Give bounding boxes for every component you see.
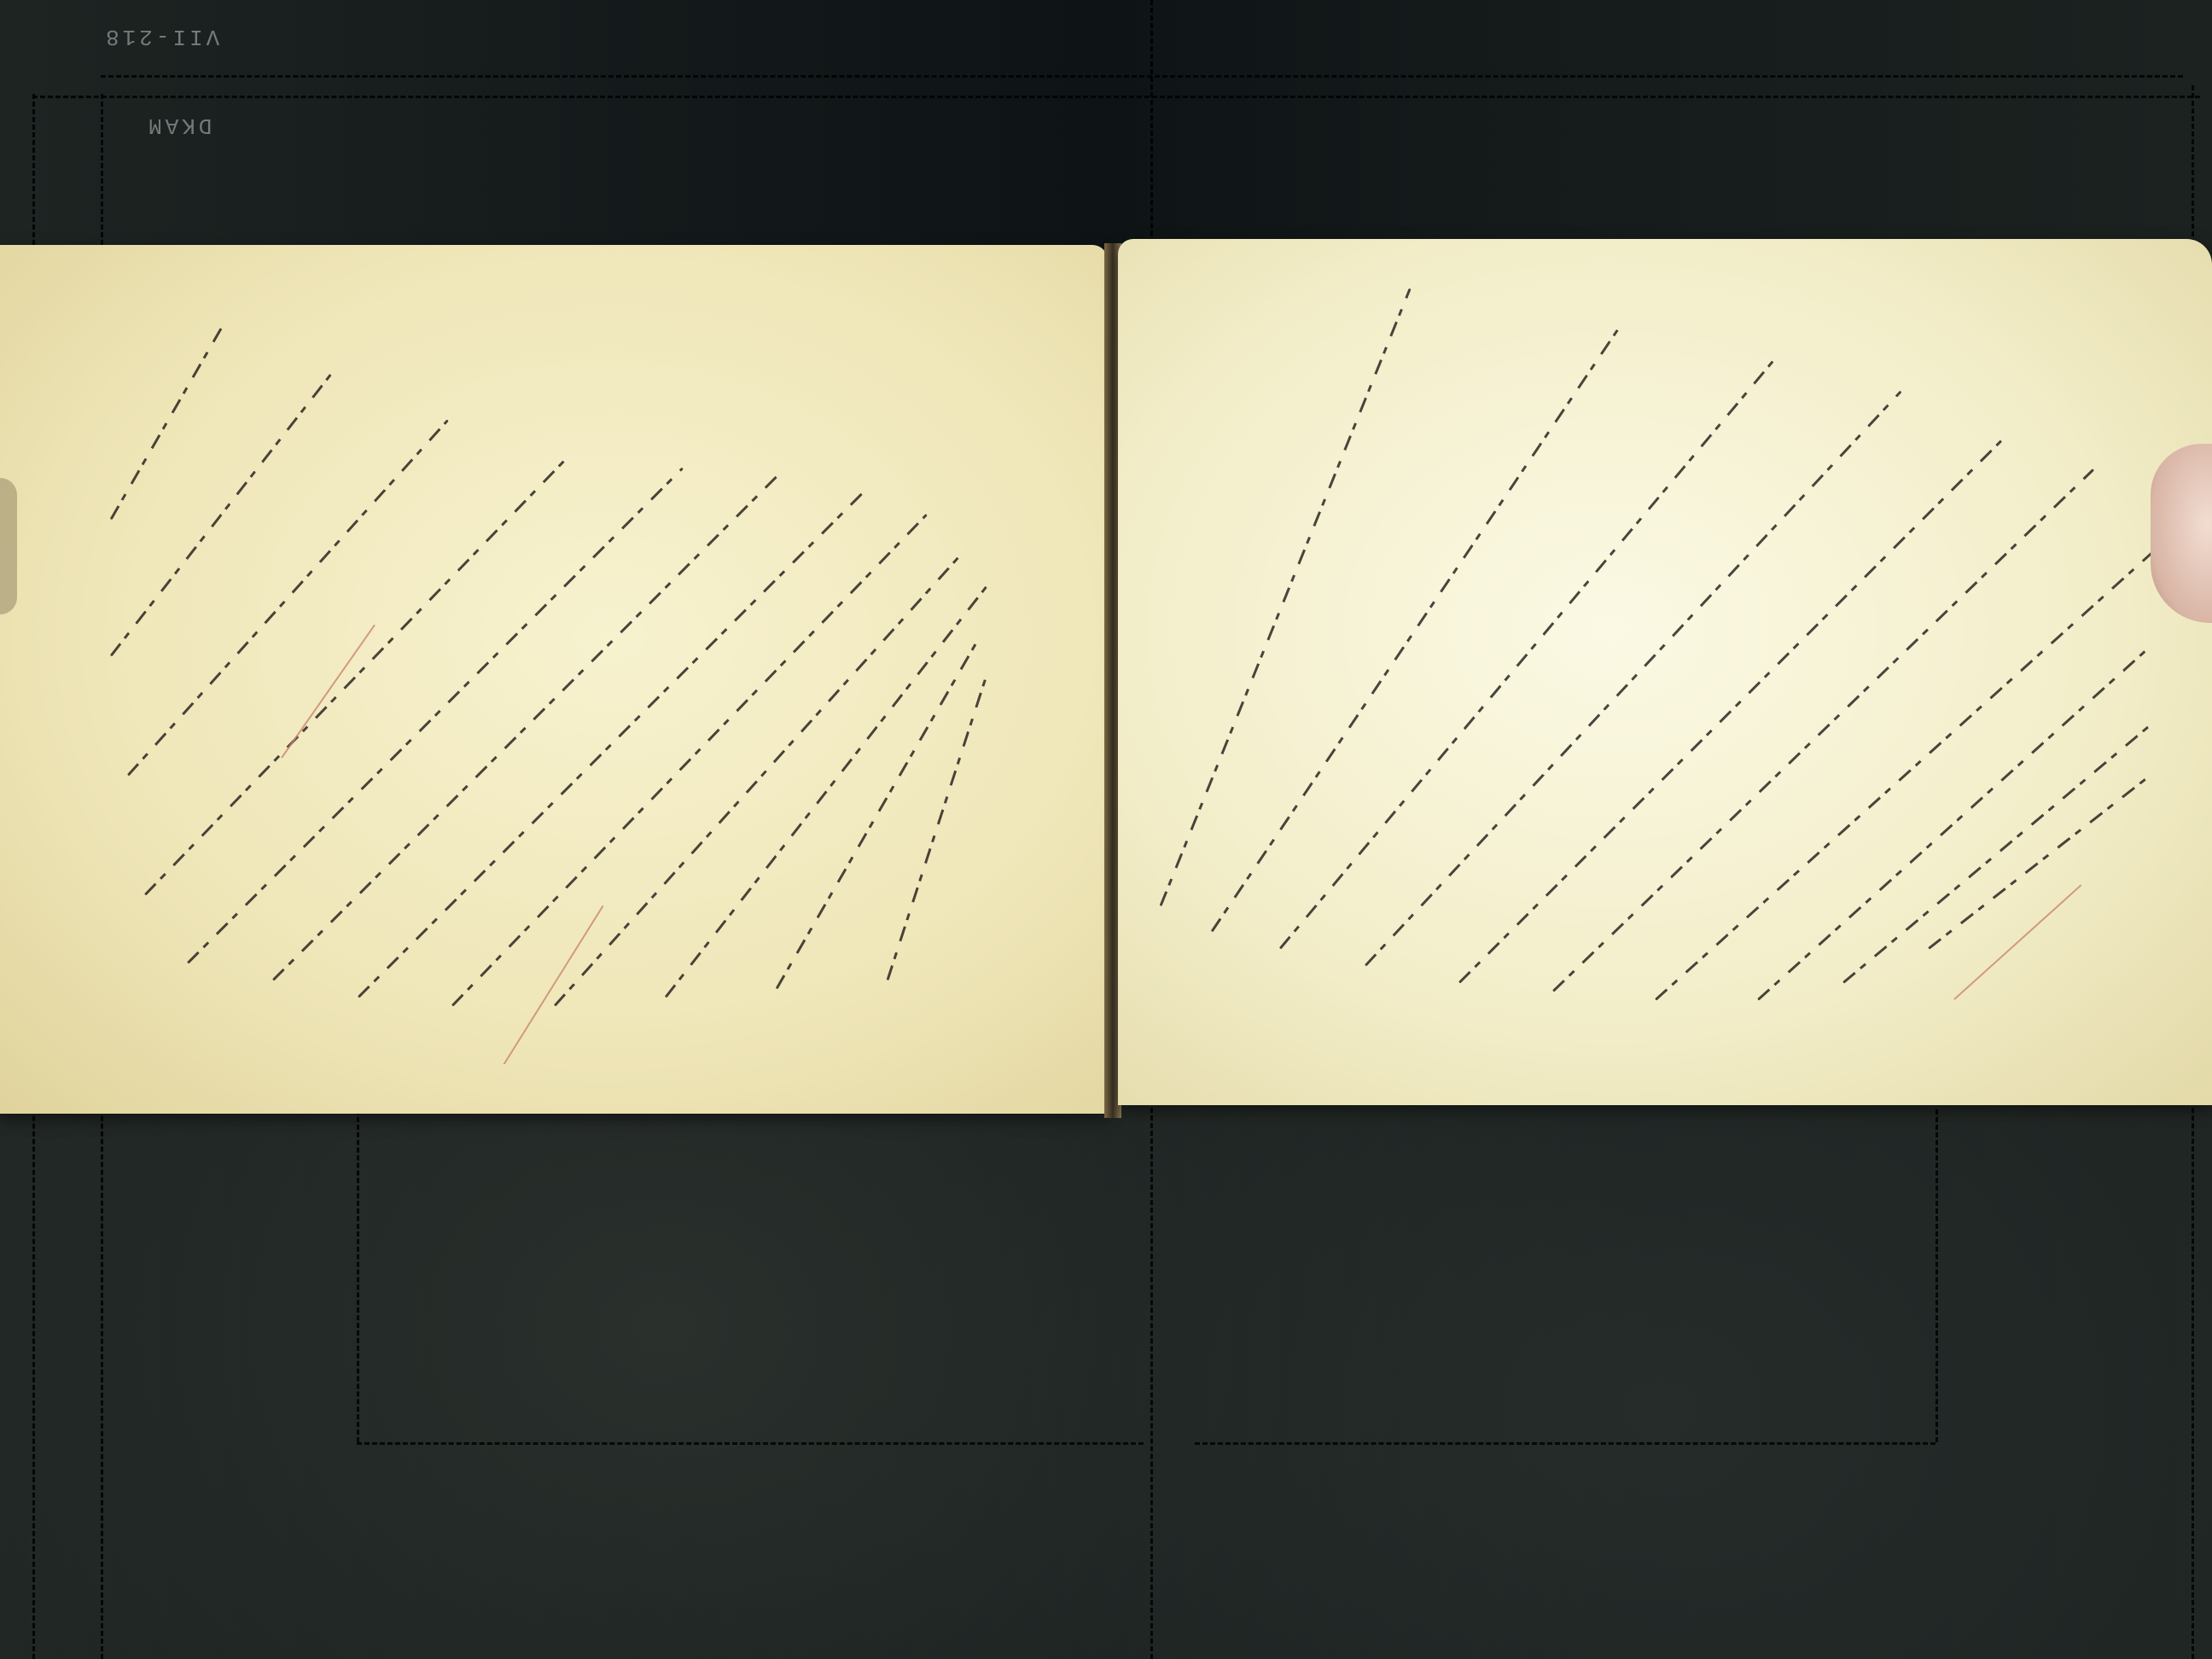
script-line (776, 633, 983, 989)
holding-finger (2151, 444, 2212, 623)
guide-line (357, 1442, 1144, 1445)
script-line (554, 548, 967, 1006)
script-line (272, 472, 781, 981)
script-line (1928, 737, 2151, 950)
script-line (1279, 359, 1775, 949)
left-edge-shadow (0, 478, 17, 614)
guide-line (1935, 1109, 1938, 1442)
script-line (1160, 288, 1412, 906)
right-page-text (1144, 265, 2151, 1033)
script-line (1552, 469, 2094, 992)
script-line (451, 514, 928, 1007)
mat-label: VII-218 (102, 24, 219, 49)
script-line (127, 419, 449, 776)
script-line (110, 327, 224, 521)
guide-line (32, 96, 2200, 98)
red-rule-mark (1953, 884, 2081, 999)
guide-line (1195, 1442, 1935, 1445)
left-page-text (77, 296, 1058, 1064)
script-line (1365, 391, 1902, 967)
script-line (1757, 599, 2151, 1001)
left-page (0, 245, 1108, 1114)
red-rule-mark (503, 905, 603, 1064)
script-line (110, 373, 333, 657)
script-line (187, 468, 684, 964)
script-line (1842, 674, 2151, 983)
script-line (887, 672, 989, 981)
red-rule-mark (281, 625, 375, 759)
guide-line (357, 1109, 359, 1442)
mat-label: DKAM (145, 113, 212, 138)
guide-line (101, 75, 2183, 78)
script-line (1458, 439, 2004, 984)
right-page (1118, 239, 2212, 1105)
